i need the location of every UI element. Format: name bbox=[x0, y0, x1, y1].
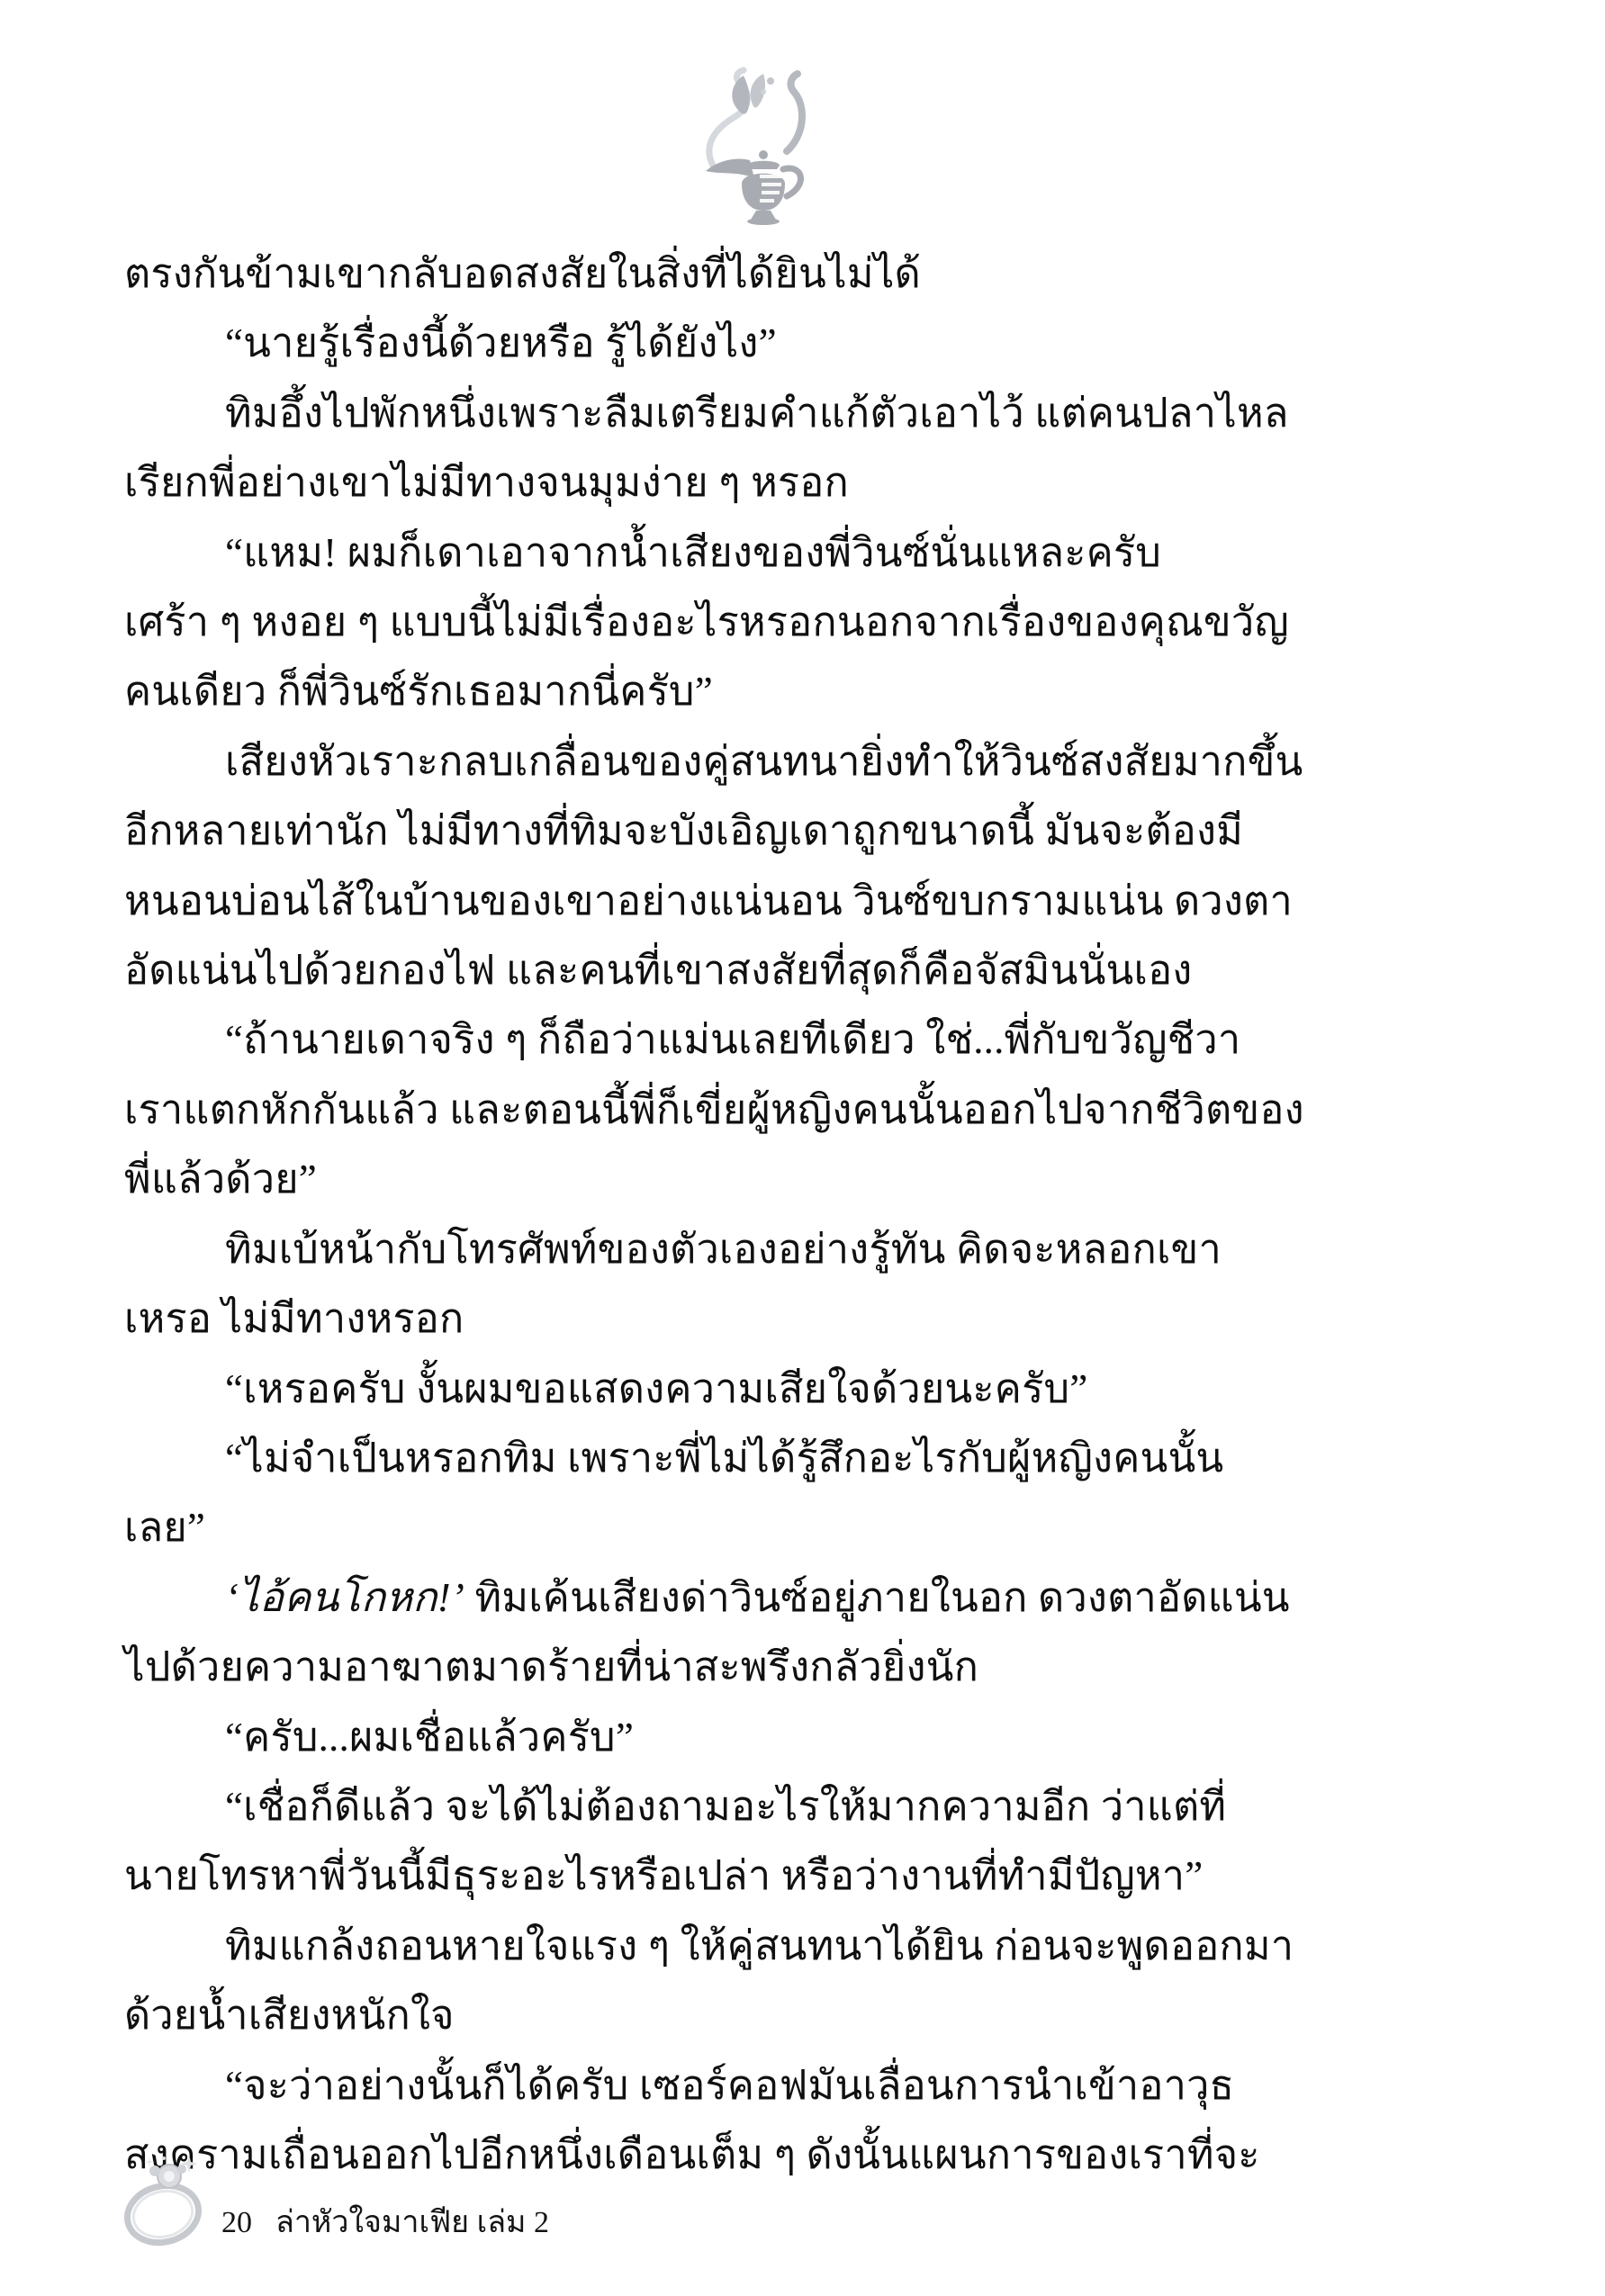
text-line: พี่แล้วด้วย” bbox=[124, 1145, 1497, 1214]
body-text: เรียกพี่อย่างเขาไม่มีทางจนมุมง่าย ๆ หรอก bbox=[124, 460, 849, 505]
text-line: นายโทรหาพี่วันนี้มีธุระอะไรหรือเปล่า หรื… bbox=[124, 1841, 1497, 1911]
diamond-ring-icon bbox=[110, 2144, 216, 2261]
body-text: เลย” bbox=[124, 1505, 205, 1550]
text-line: เราแตกหักกันแล้ว และตอนนี้พี่ก็เขี่ยผู้ห… bbox=[124, 1076, 1497, 1145]
page-footer: 20 ล่าหัวใจมาเฟีย เล่ม 2 bbox=[110, 2144, 549, 2261]
book-page: ตรงกันข้ามเขากลับอดสงสัยในสิ่งที่ได้ยินไ… bbox=[0, 0, 1605, 2296]
footer-caption: 20 ล่าหัวใจมาเฟีย เล่ม 2 bbox=[221, 2197, 549, 2246]
body-text: ตรงกันข้ามเขากลับอดสงสัยในสิ่งที่ได้ยินไ… bbox=[124, 251, 921, 296]
text-line: เลย” bbox=[124, 1493, 1497, 1562]
body-text: “เหรอครับ งั้นผมขอแสดงความเสียใจด้วยนะคร… bbox=[225, 1366, 1087, 1411]
text-line: “จะว่าอย่างนั้นก็ได้ครับ เซอร์คอฟมันเลื่… bbox=[124, 2051, 1497, 2120]
text-line: หนอนบ่อนไส้ในบ้านของเขาอย่างแน่นอน วินซ์… bbox=[124, 867, 1497, 936]
text-line: เรียกพี่อย่างเขาไม่มีทางจนมุมง่าย ๆ หรอก bbox=[124, 448, 1497, 518]
body-text: ทิมเบ้หน้ากับโทรศัพท์ของตัวเองอย่างรู้ทั… bbox=[225, 1227, 1222, 1272]
body-text: ทิมอึ้งไปพักหนึ่งเพราะลืมเตรียมคำแก้ตัวเ… bbox=[225, 391, 1289, 436]
text-line: อัดแน่นไปด้วยกองไฟ และคนที่เขาสงสัยที่สุ… bbox=[124, 936, 1497, 1005]
body-text: อีกหลายเท่านัก ไม่มีทางที่ทิมจะบังเอิญเด… bbox=[124, 808, 1243, 853]
body-text: คนเดียว ก็พี่วินซ์รักเธอมากนี่ครับ” bbox=[124, 669, 713, 714]
body-text: “แหม! ผมก็เดาเอาจากน้ำเสียงของพี่วินซ์นั… bbox=[225, 530, 1161, 575]
body-text: “เชื่อก็ดีแล้ว จะได้ไม่ต้องถามอะไรให้มาก… bbox=[225, 1784, 1226, 1829]
text-line: ‘ไอ้คนโกหก!’ ทิมเค้นเสียงด่าวินซ์อยู่ภาย… bbox=[124, 1563, 1497, 1633]
text-line: ทิมแกล้งถอนหายใจแรง ๆ ให้คู่สนทนาได้ยิน … bbox=[124, 1912, 1497, 1981]
text-line: ทิมเบ้หน้ากับโทรศัพท์ของตัวเองอย่างรู้ทั… bbox=[124, 1215, 1497, 1284]
body-text: เศร้า ๆ หงอย ๆ แบบนี้ไม่มีเรื่องอะไรหรอก… bbox=[124, 599, 1289, 644]
text-line: ตรงกันข้ามเขากลับอดสงสัยในสิ่งที่ได้ยินไ… bbox=[124, 239, 1497, 309]
text-line: “ถ้านายเดาจริง ๆ ก็ถือว่าแม่นเลยทีเดียว … bbox=[124, 1005, 1497, 1075]
body-text: นายโทรหาพี่วันนี้มีธุระอะไรหรือเปล่า หรื… bbox=[124, 1853, 1203, 1898]
text-line: ไปด้วยความอาฆาตมาดร้ายที่น่าสะพรึงกลัวยิ… bbox=[124, 1633, 1497, 1702]
text-line: “เหรอครับ งั้นผมขอแสดงความเสียใจด้วยนะคร… bbox=[124, 1355, 1497, 1424]
text-line: “เชื่อก็ดีแล้ว จะได้ไม่ต้องถามอะไรให้มาก… bbox=[124, 1772, 1497, 1841]
text-line: “นายรู้เรื่องนี้ด้วยหรือ รู้ได้ยังไง” bbox=[124, 309, 1497, 378]
text-line: “ไม่จำเป็นหรอกทิม เพราะพี่ไม่ได้รู้สึกอะ… bbox=[124, 1424, 1497, 1493]
text-line: “ครับ...ผมเชื่อแล้วครับ” bbox=[124, 1703, 1497, 1772]
body-text: เสียงหัวเราะกลบเกลื่อนของคู่สนทนายิ่งทำใ… bbox=[225, 739, 1303, 784]
body-text: “ครับ...ผมเชื่อแล้วครับ” bbox=[225, 1715, 634, 1760]
body-text: เราแตกหักกันแล้ว และตอนนี้พี่ก็เขี่ยผู้ห… bbox=[124, 1087, 1304, 1132]
text-line: ทิมอึ้งไปพักหนึ่งเพราะลืมเตรียมคำแก้ตัวเ… bbox=[124, 379, 1497, 448]
page-number: 20 bbox=[221, 2206, 252, 2240]
body-text: อัดแน่นไปด้วยกองไฟ และคนที่เขาสงสัยที่สุ… bbox=[124, 948, 1192, 993]
body-text: “นายรู้เรื่องนี้ด้วยหรือ รู้ได้ยังไง” bbox=[225, 320, 777, 365]
body-text: “จะว่าอย่างนั้นก็ได้ครับ เซอร์คอฟมันเลื่… bbox=[225, 2063, 1234, 2108]
text-line: คนเดียว ก็พี่วินซ์รักเธอมากนี่ครับ” bbox=[124, 657, 1497, 726]
text-line: อีกหลายเท่านัก ไม่มีทางที่ทิมจะบังเอิญเด… bbox=[124, 797, 1497, 866]
body-text: ไปด้วยความอาฆาตมาดร้ายที่น่าสะพรึงกลัวยิ… bbox=[124, 1644, 978, 1689]
genie-lamp-icon bbox=[700, 65, 817, 231]
body-text: ทิมแกล้งถอนหายใจแรง ๆ ให้คู่สนทนาได้ยิน … bbox=[225, 1923, 1294, 1968]
body-text: “ไม่จำเป็นหรอกทิม เพราะพี่ไม่ได้รู้สึกอะ… bbox=[225, 1436, 1223, 1481]
body-text: เหรอ ไม่มีทางหรอก bbox=[124, 1296, 464, 1341]
body-text: พี่แล้วด้วย” bbox=[124, 1157, 317, 1202]
body-text: ทิมเค้นเสียงด่าวินซ์อยู่ภายในอก ดวงตาอัด… bbox=[464, 1575, 1290, 1620]
body-text: “ถ้านายเดาจริง ๆ ก็ถือว่าแม่นเลยทีเดียว … bbox=[225, 1017, 1240, 1062]
body-text: หนอนบ่อนไส้ในบ้านของเขาอย่างแน่นอน วินซ์… bbox=[124, 878, 1293, 923]
text-line: เหรอ ไม่มีทางหรอก bbox=[124, 1284, 1497, 1354]
book-title: ล่าหัวใจมาเฟีย เล่ม 2 bbox=[275, 2197, 549, 2246]
text-line: เศร้า ๆ หงอย ๆ แบบนี้ไม่มีเรื่องอะไรหรอก… bbox=[124, 588, 1497, 657]
inner-thought-text: ‘ไอ้คนโกหก!’ bbox=[225, 1575, 464, 1620]
page-text: ตรงกันข้ามเขากลับอดสงสัยในสิ่งที่ได้ยินไ… bbox=[124, 239, 1497, 2190]
body-text: ด้วยน้ำเสียงหนักใจ bbox=[124, 1993, 455, 2038]
text-line: เสียงหัวเราะกลบเกลื่อนของคู่สนทนายิ่งทำใ… bbox=[124, 727, 1497, 797]
text-line: “แหม! ผมก็เดาเอาจากน้ำเสียงของพี่วินซ์นั… bbox=[124, 518, 1497, 588]
text-line: ด้วยน้ำเสียงหนักใจ bbox=[124, 1981, 1497, 2050]
